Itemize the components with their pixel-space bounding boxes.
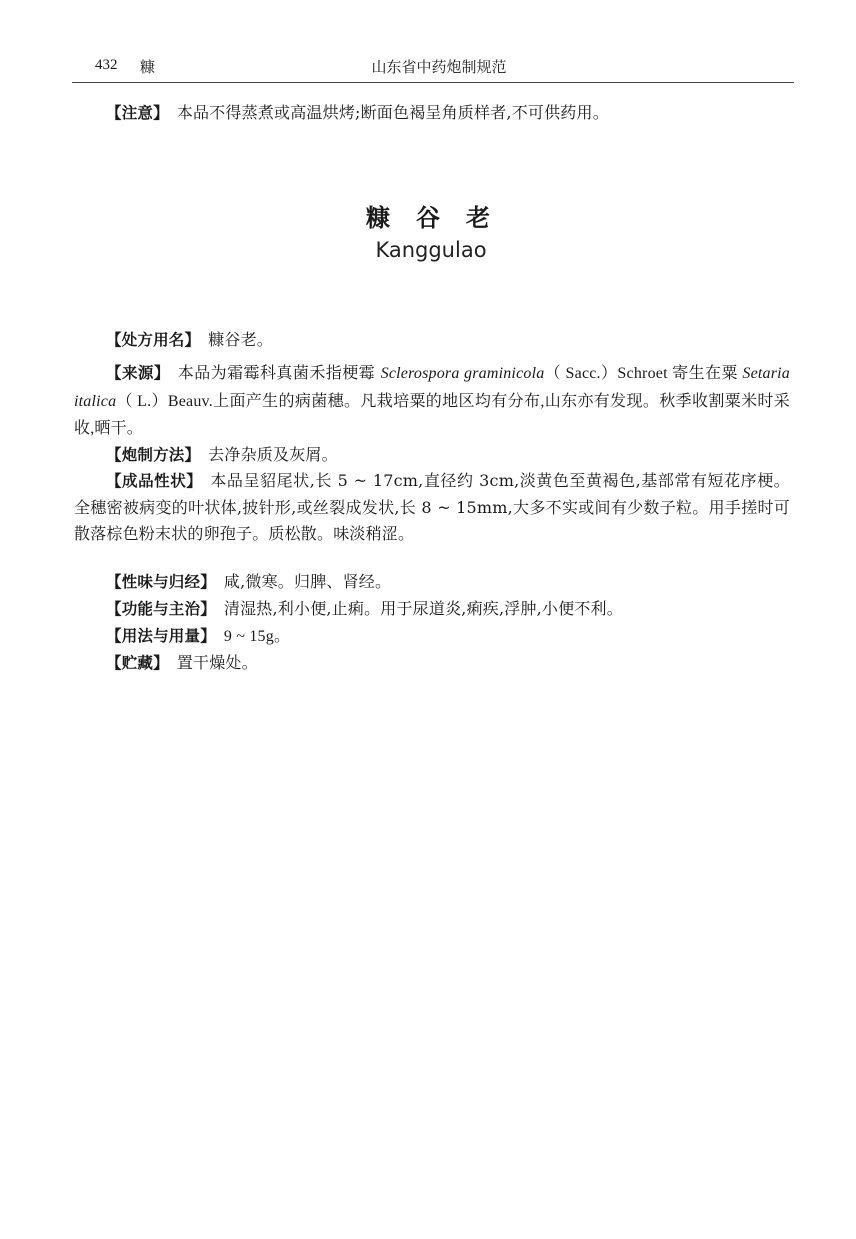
section-label: 【炮制方法】 <box>106 446 200 464</box>
section-text: （ L.）Beauv.上面产生的病菌穗。凡栽培粟的地区均有分布,山东亦有发现。秋… <box>74 393 790 438</box>
previous-entry-note: 【注意】本品不得蒸煮或高温烘烤;断面色褐呈角质样者,不可供药用。 <box>74 100 790 127</box>
section-text: 9 ~ 15g。 <box>224 628 290 645</box>
section-label: 【功能与主治】 <box>106 600 216 618</box>
section-source: 【来源】本品为霜霉科真菌禾指梗霉 Sclerospora graminicola… <box>74 360 790 443</box>
latin-name-fungus: Sclerospora graminicola <box>381 365 545 382</box>
section-text: 去净杂质及灰屑。 <box>208 445 338 464</box>
section-storage: 【贮藏】置干燥处。 <box>74 650 790 677</box>
section-text: （ Sacc.）Schroet 寄生在粟 <box>544 365 742 382</box>
section-label: 【注意】 <box>106 104 169 122</box>
section-label: 【用法与用量】 <box>106 627 216 645</box>
section-processing-method: 【炮制方法】去净杂质及灰屑。 <box>74 442 790 469</box>
section-product-characteristics: 【成品性状】本品呈貂尾状,长 5 ~ 17cm,直径约 3cm,淡黄色至黄褐色,… <box>74 468 790 548</box>
section-label: 【处方用名】 <box>106 331 200 349</box>
section-text: 本品为霜霉科真菌禾指梗霉 <box>178 363 381 382</box>
entry-pinyin: Kanggulao <box>0 238 856 262</box>
section-label: 【成品性状】 <box>106 472 202 490</box>
section-text: 本品不得蒸煮或高温烘烤;断面色褐呈角质样者,不可供药用。 <box>177 103 609 122</box>
running-head: 432 糠 山东省中药炮制规范 <box>0 0 856 84</box>
section-nature-meridian: 【性味与归经】咸,微寒。归脾、肾经。 <box>74 569 790 596</box>
section-text: 置干燥处。 <box>177 653 258 672</box>
section-text: 咸,微寒。归脾、肾经。 <box>224 572 391 591</box>
book-title: 山东省中药炮制规范 <box>0 56 856 77</box>
section-label: 【性味与归经】 <box>106 573 216 591</box>
section-usage-dosage: 【用法与用量】9 ~ 15g。 <box>74 623 790 651</box>
section-label: 【贮藏】 <box>106 654 169 672</box>
section-prescription-name: 【处方用名】糠谷老。 <box>74 327 790 354</box>
section-text: 糠谷老。 <box>208 330 273 349</box>
section-text: 清湿热,利小便,止痢。用于尿道炎,痢疾,浮肿,小便不利。 <box>224 599 623 618</box>
header-rule <box>72 82 794 83</box>
section-functions-indications: 【功能与主治】清湿热,利小便,止痢。用于尿道炎,痢疾,浮肿,小便不利。 <box>74 596 790 623</box>
entry-title: 糠谷老 <box>0 198 856 233</box>
section-label: 【来源】 <box>106 364 170 382</box>
